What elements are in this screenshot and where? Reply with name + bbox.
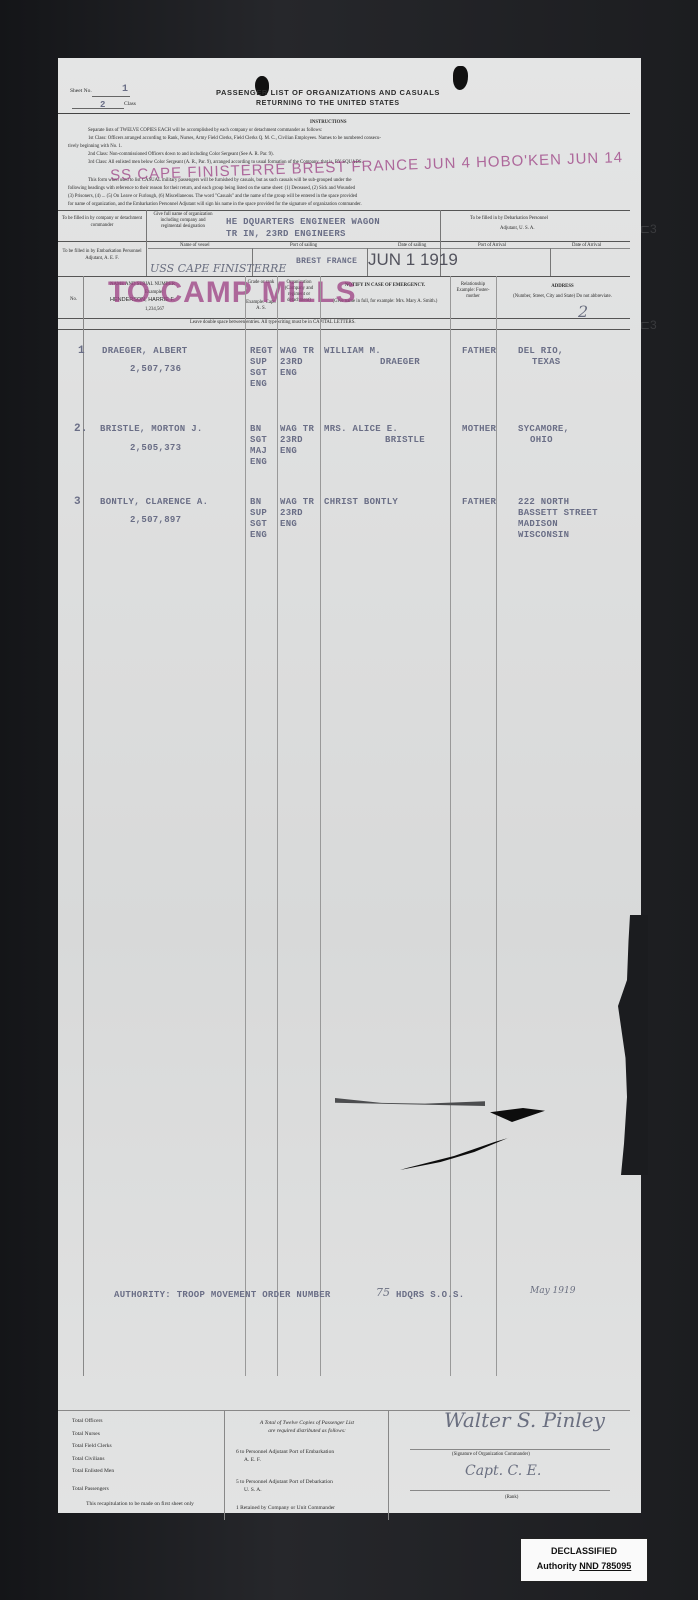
org-name-line1: HE DQUARTERS ENGINEER WAGON <box>226 217 380 228</box>
form-subtitle: RETURNING TO THE UNITED STATES <box>256 100 400 107</box>
instruction-line: Separate lists of TWELVE COPIES EACH wil… <box>88 128 322 133</box>
entry-notify: DRAEGER <box>380 357 420 368</box>
entry-no: 1 <box>78 346 85 357</box>
entry-grade: ENG <box>250 457 267 468</box>
date-sailing-value: JUN 1 1919 <box>368 250 458 270</box>
entry-serial: 2,505,373 <box>130 443 181 454</box>
entry-grade: SUP <box>250 508 267 519</box>
entry-relationship: FATHER <box>462 497 496 508</box>
entry-no: 3 <box>74 497 81 508</box>
column-rule <box>496 276 497 1376</box>
signature-label: (Signature of Organization Commander) <box>452 1452 530 1457</box>
film-mark: ⊏3 <box>640 222 657 236</box>
entry-notify: BRISTLE <box>385 435 425 446</box>
entry-org: 23RD <box>280 357 303 368</box>
authority-date: May 1919 <box>530 1286 575 1296</box>
divider <box>58 329 630 330</box>
instructions-heading: INSTRUCTIONS <box>310 120 347 125</box>
sheet-no-value: 1 <box>122 84 128 95</box>
entry-address: MADISON <box>518 519 558 530</box>
instruction-line: (3) Prisoners, (4) ... (5) On Leave or F… <box>68 194 357 199</box>
entry-grade: BN <box>250 497 261 508</box>
entry-org: ENG <box>280 446 297 457</box>
divider <box>148 248 630 249</box>
divider <box>146 210 147 276</box>
entry-grade: ENG <box>250 530 267 541</box>
port-arrival-label: Port of Arrival <box>478 243 506 248</box>
dist-debarkation-2: U. S. A. <box>244 1487 262 1493</box>
entry-grade: REGT <box>250 346 273 357</box>
authority-number: 75 <box>376 1286 390 1299</box>
commander-rank: Capt. C. E. <box>465 1463 541 1479</box>
entry-org: WAG TR <box>280 497 314 508</box>
divider <box>58 318 630 319</box>
page-mark: 2 <box>578 302 588 321</box>
entry-grade: SGT <box>250 368 267 379</box>
entry-org: ENG <box>280 368 297 379</box>
total-enlisted-label: Total Enlisted Men <box>72 1468 114 1474</box>
entry-org: WAG TR <box>280 346 314 357</box>
entry-org: 23RD <box>280 435 303 446</box>
entry-org: 23RD <box>280 508 303 519</box>
divider <box>224 1410 225 1520</box>
instruction-line: following headings with reference to the… <box>68 186 355 191</box>
entry-org: ENG <box>280 519 297 530</box>
vessel-value: USS CAPE FINISTERRE <box>150 262 286 275</box>
class-value: 2 <box>100 100 106 111</box>
recap-note: This recapitulation to be made on first … <box>64 1501 216 1508</box>
declassified-authority: Authority NND 785095 <box>521 1561 647 1571</box>
declassified-label: DECLASSIFIED Authority NND 785095 <box>520 1538 648 1582</box>
entry-name: BRISTLE, MORTON J. <box>100 424 203 435</box>
divider <box>58 210 630 211</box>
entry-address: DEL RIO, <box>518 346 564 357</box>
column-rule <box>320 276 321 1376</box>
authority-suffix: HDQRS S.O.S. <box>396 1290 464 1301</box>
entry-address: 222 NORTH <box>518 497 569 508</box>
copies-heading-2: are required distributed as follows: <box>228 1428 386 1434</box>
entry-relationship: FATHER <box>462 346 496 357</box>
entry-serial: 2,507,897 <box>130 515 181 526</box>
entry-grade: SGT <box>250 435 267 446</box>
divider <box>550 248 551 276</box>
authority-value: NND 785095 <box>579 1561 631 1571</box>
underline <box>72 108 124 109</box>
org-name-label: Give full name of organization including… <box>150 212 216 230</box>
column-rule <box>450 276 451 1376</box>
col-address: ADDRESS <box>500 284 625 289</box>
total-civilians-label: Total Civilians <box>72 1456 104 1462</box>
date-sailing-label: Date of sailing <box>398 243 426 248</box>
entry-no: 2. <box>74 424 88 435</box>
form-title: PASSENGER LIST OF ORGANIZATIONS AND CASU… <box>216 88 440 97</box>
entry-address: TEXAS <box>532 357 561 368</box>
dist-embarkation-2: A. E. F. <box>244 1457 261 1463</box>
vessel-label: Name of vessel <box>180 243 210 248</box>
divider <box>388 1410 389 1520</box>
entry-notify: CHRIST BONTLY <box>324 497 398 508</box>
col-address-sub: (Number, Street, City and State) Do not … <box>500 293 625 300</box>
port-sailing-value: BREST FRANCE <box>296 256 357 267</box>
entry-grade: BN <box>250 424 261 435</box>
org-name-line2: TR IN, 23RD ENGINEERS <box>226 229 346 240</box>
class-label: Class <box>124 101 136 107</box>
embarkation-fill-label: To be filled in by Embarkation Personnel… <box>60 248 144 262</box>
rank-label: (Rank) <box>505 1495 518 1500</box>
debarkation-label: To be filled in by Debarkation Personnel <box>470 216 548 221</box>
entry-notify: MRS. ALICE E. <box>324 424 398 435</box>
dist-debarkation: 5 to Personnel Adjutant Port of Debarkat… <box>236 1479 333 1485</box>
authority-label: Authority <box>537 1561 577 1571</box>
entry-address: SYCAMORE, <box>518 424 569 435</box>
entry-serial: 2,507,736 <box>130 364 181 375</box>
entry-name: BONTLY, CLARENCE A. <box>100 497 208 508</box>
film-mark: ⊏3 <box>640 318 657 332</box>
port-sailing-label: Port of sailing <box>290 243 317 248</box>
total-passengers-label: Total Passengers <box>72 1486 109 1492</box>
typing-note: Leave double space between entries. All … <box>190 320 356 325</box>
total-field-clerks-label: Total Field Clerks <box>72 1443 112 1449</box>
total-nurses-label: Total Nurses <box>72 1431 100 1437</box>
entry-address: BASSETT STREET <box>518 508 598 519</box>
rank-line <box>410 1490 610 1491</box>
copies-heading: A Total of Twelve Copies of Passenger Li… <box>228 1420 386 1426</box>
commander-signature: Walter S. Pinley <box>444 1408 605 1432</box>
date-arrival-label: Date of Arrival <box>572 243 601 248</box>
entry-grade: SUP <box>250 357 267 368</box>
entry-notify: WILLIAM M. <box>324 346 381 357</box>
debarkation-label-2: Adjutant, U. S. A. <box>500 226 535 231</box>
underline <box>92 96 130 97</box>
instruction-line: for name of organization, and the Embark… <box>68 202 362 207</box>
entry-name: DRAEGER, ALBERT <box>102 346 188 357</box>
entry-relationship: MOTHER <box>462 424 496 435</box>
declassified-title: DECLASSIFIED <box>521 1546 647 1556</box>
column-rule <box>277 276 278 1376</box>
dist-embarkation: 6 to Personnel Adjutant Port of Embarkat… <box>236 1449 334 1455</box>
instruction-line: 1st Class: Officers arranged according t… <box>88 136 381 141</box>
entry-address: OHIO <box>530 435 553 446</box>
entry-grade: ENG <box>250 379 267 390</box>
entry-org: WAG TR <box>280 424 314 435</box>
divider <box>58 113 630 114</box>
company-fill-label: To be filled in by company or detachment… <box>60 215 144 229</box>
col-no: No. <box>70 297 77 302</box>
instruction-line: 2nd Class: Non-commissioned Officers dow… <box>88 152 274 157</box>
column-rule <box>245 276 246 1376</box>
signature-line <box>410 1449 610 1450</box>
dist-retained: 1 Retained by Company or Unit Commander <box>236 1505 335 1511</box>
entry-address: WISCONSIN <box>518 530 569 541</box>
authority-text: AUTHORITY: TROOP MOVEMENT ORDER NUMBER <box>114 1290 331 1301</box>
col-relationship: Relationship Example: Foster-mother <box>452 282 494 300</box>
entry-grade: MAJ <box>250 446 267 457</box>
entry-grade: SGT <box>250 519 267 530</box>
instruction-line: tively beginning with No. 1. <box>68 144 122 149</box>
total-officers-label: Total Officers <box>72 1418 103 1424</box>
divider <box>58 241 630 242</box>
sheet-no-label: Sheet No. <box>70 88 92 94</box>
column-rule <box>83 276 84 1376</box>
